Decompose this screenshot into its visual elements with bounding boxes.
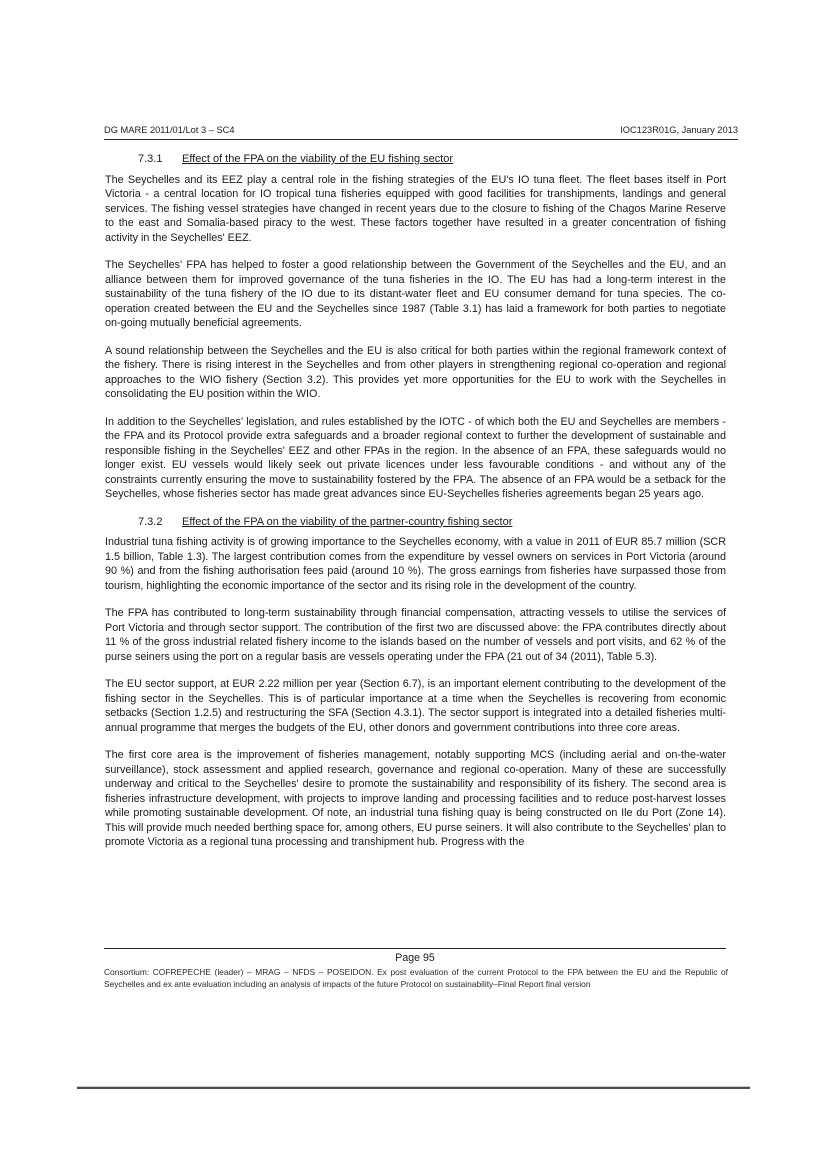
paragraph: The Seychelles and its EEZ play a centra… xyxy=(105,173,726,246)
consortium-footnote: Consortium: COFREPECHE (leader) – MRAG –… xyxy=(104,967,728,990)
section-number: 7.3.2 xyxy=(138,515,182,530)
paragraph: The FPA has contributed to long-term sus… xyxy=(105,606,726,664)
paragraph: The EU sector support, at EUR 2.22 milli… xyxy=(105,677,726,735)
section-number: 7.3.1 xyxy=(138,152,182,167)
page-bottom-rule xyxy=(77,1086,750,1089)
page-number: Page 95 xyxy=(104,951,726,965)
section-heading-731: 7.3.1 Effect of the FPA on the viability… xyxy=(105,152,726,167)
section-heading-732: 7.3.2 Effect of the FPA on the viability… xyxy=(105,515,726,530)
document-page: DG MARE 2011/01/Lot 3 – SC4 IOC123R01G, … xyxy=(0,0,827,1170)
paragraph: A sound relationship between the Seychel… xyxy=(105,344,726,402)
body-text-column: 7.3.1 Effect of the FPA on the viability… xyxy=(105,140,726,863)
running-header: DG MARE 2011/01/Lot 3 – SC4 IOC123R01G, … xyxy=(104,125,738,140)
paragraph: The first core area is the improvement o… xyxy=(105,748,726,850)
header-left-reference: DG MARE 2011/01/Lot 3 – SC4 xyxy=(104,125,235,136)
header-right-reference: IOC123R01G, January 2013 xyxy=(620,125,738,136)
paragraph: The Seychelles' FPA has helped to foster… xyxy=(105,258,726,331)
paragraph: Industrial tuna fishing activity is of g… xyxy=(105,535,726,593)
section-title: Effect of the FPA on the viability of th… xyxy=(182,515,512,530)
section-title: Effect of the FPA on the viability of th… xyxy=(182,152,453,167)
paragraph: In addition to the Seychelles' legislati… xyxy=(105,415,726,502)
footer-divider xyxy=(104,948,726,949)
